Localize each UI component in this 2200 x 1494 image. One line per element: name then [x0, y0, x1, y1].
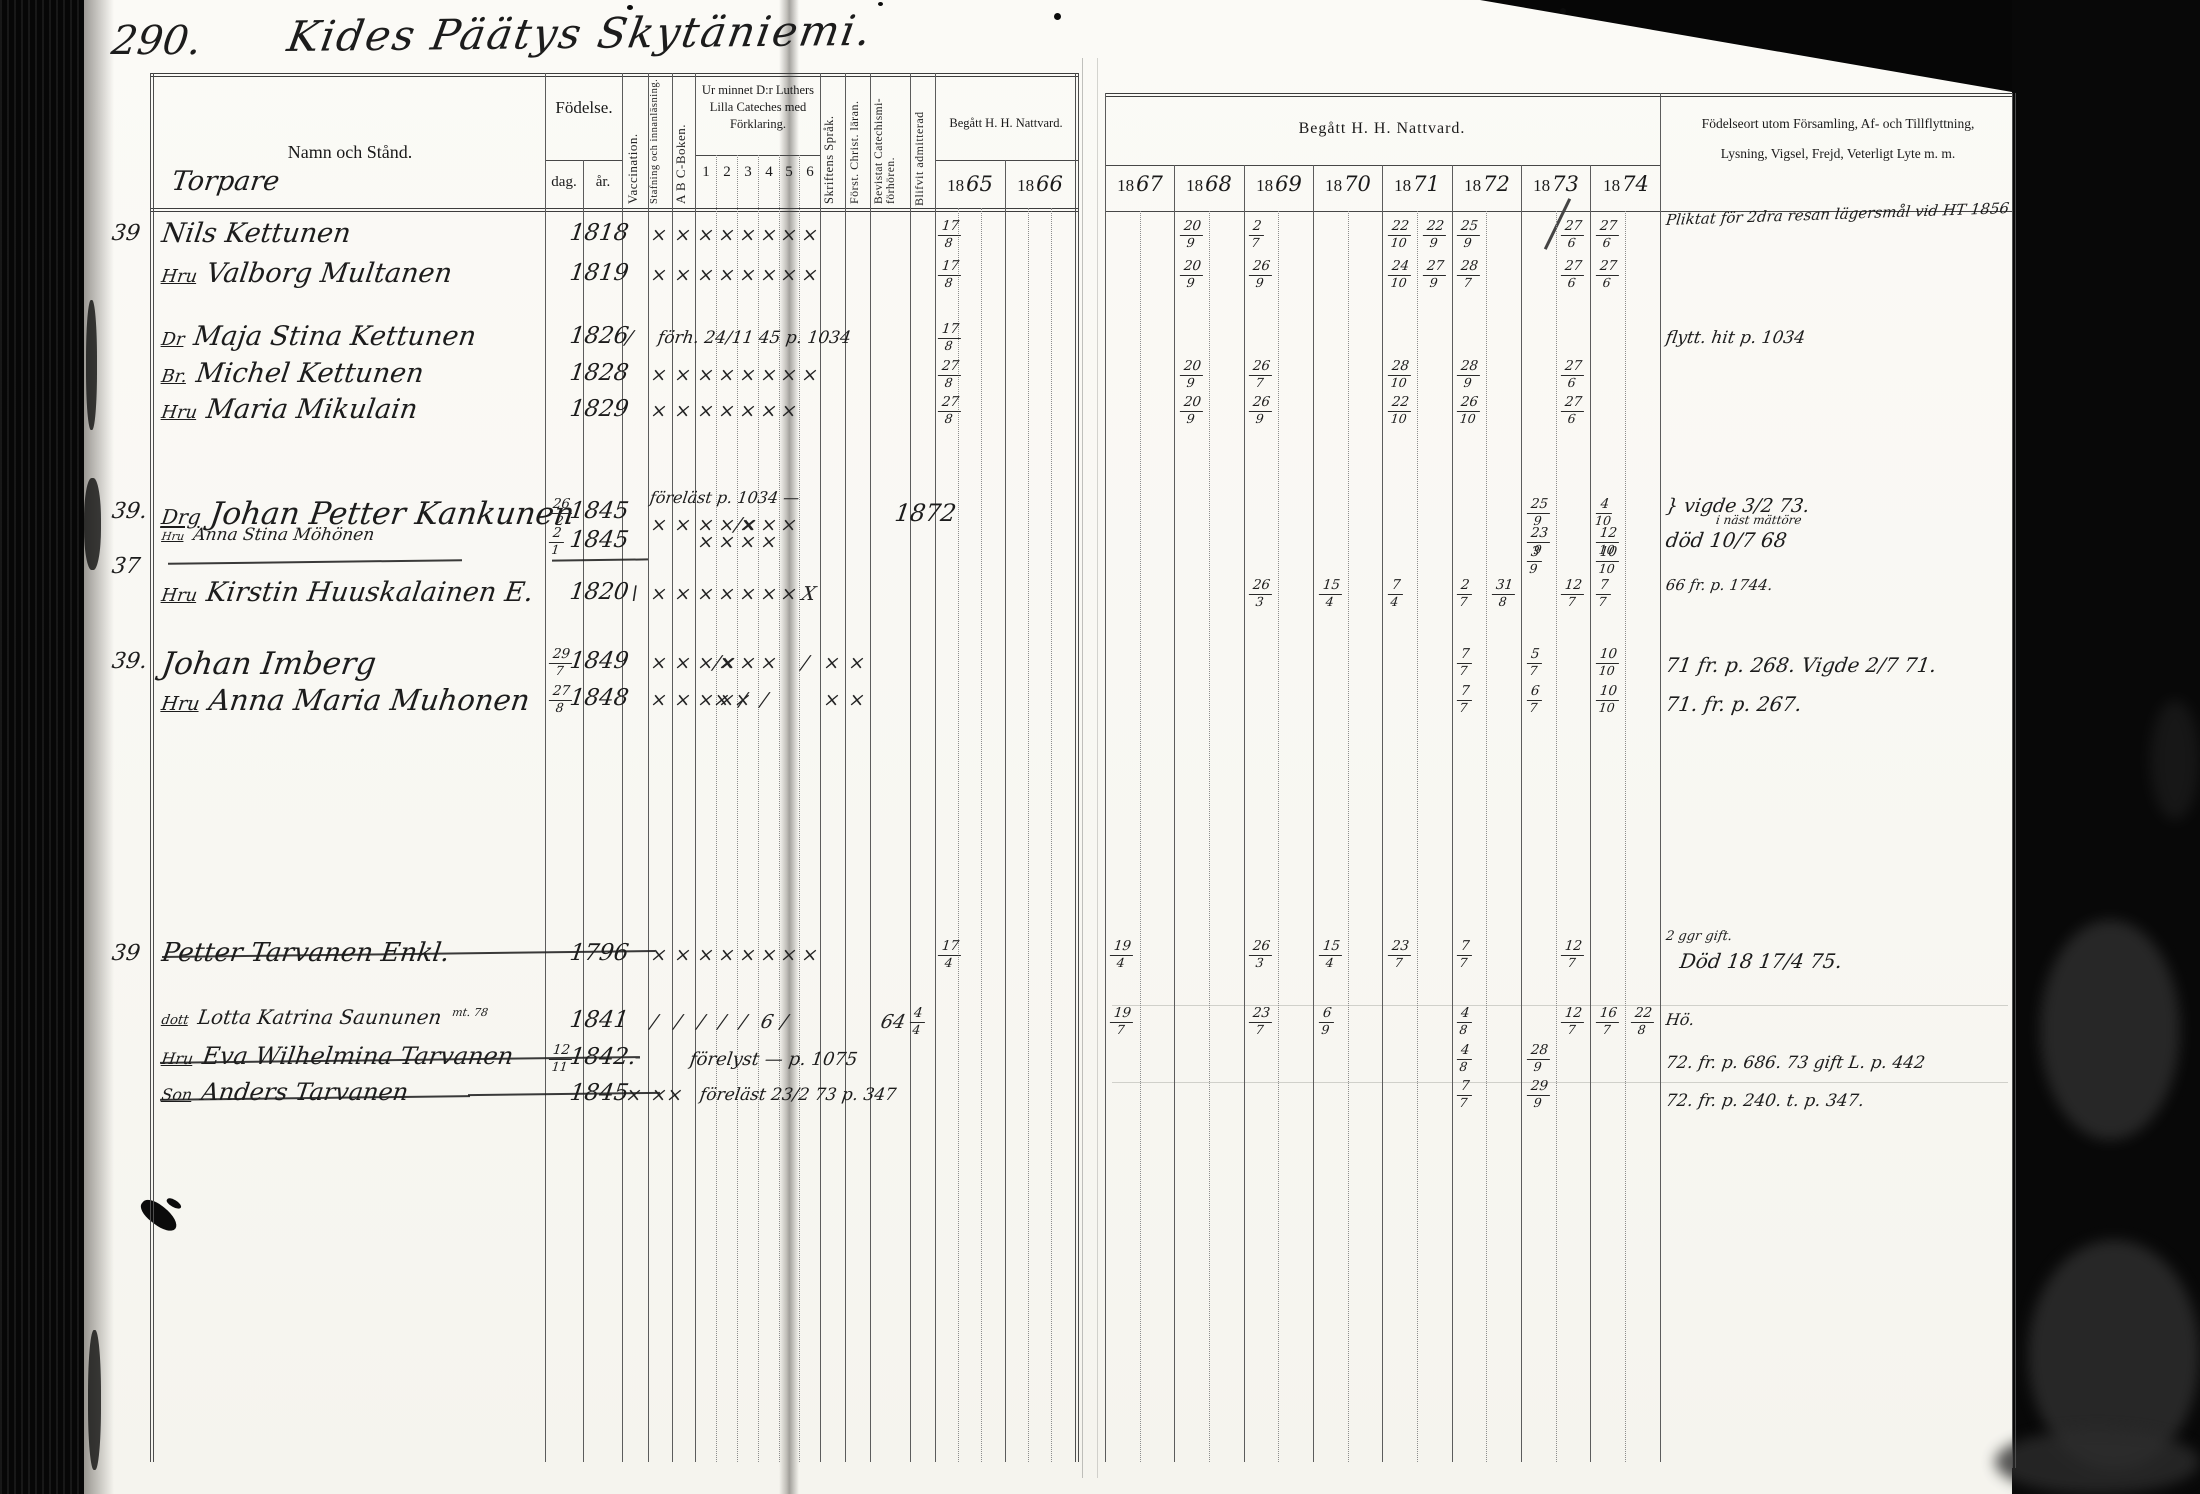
communion-date: 77 [1455, 940, 1473, 969]
communion-date: 77 [1455, 648, 1473, 677]
communion-date: 269 [1247, 260, 1273, 289]
communion-date: 276 [1559, 396, 1585, 425]
admitted-header: Blifvit admitterad [913, 78, 926, 206]
birth-year: 1829 [568, 396, 630, 422]
communion-date: 197 [1108, 1007, 1134, 1036]
margin-note: Död 18 17/4 75. [1678, 949, 1843, 973]
birth-year: 1848 [568, 685, 630, 711]
communion-date: 287 [1455, 260, 1481, 289]
entry-name: Nils Kettunen [160, 218, 353, 249]
entry-name: Johan Imberg [159, 646, 378, 682]
margin-note: 71 fr. p. 268. Vigde 2/7 71. [1664, 653, 1938, 677]
year-label: 1872 [1464, 172, 1510, 196]
communion-date: 237 [1247, 1007, 1273, 1036]
catechism-header: Ur minnet D:r Luthers Lilla Cateches med… [697, 82, 819, 133]
table-rule [1112, 1005, 2008, 1006]
communion-date: 77 [1594, 579, 1612, 608]
entry-name: Br.Michel Kettunen [160, 358, 426, 389]
book-fold-line [1082, 58, 1083, 1478]
year-label: 1869 [1256, 172, 1302, 196]
entry-row-number: 39. [110, 649, 149, 674]
table-rule [1417, 211, 1418, 1462]
communion-date: 178 [936, 323, 962, 352]
vaccination-header: Vaccination. [626, 78, 640, 204]
communion-date: 127 [1559, 1007, 1585, 1036]
scan-noise [1995, 1430, 2200, 1494]
communion-date: 127 [1559, 579, 1585, 608]
communion-date: 194 [1108, 940, 1134, 969]
communion-date: 289 [1525, 1044, 1551, 1073]
catechism-grade-header: 2 [723, 164, 731, 181]
table-rule [779, 155, 780, 1462]
birth-year: 1826 [568, 323, 630, 349]
communion-date: 77 [1455, 685, 1473, 714]
communion-date: 279 [1421, 260, 1447, 289]
birth-year: 1845 [568, 498, 630, 524]
table-rule [1625, 211, 1626, 1462]
communion-date: 178 [936, 260, 962, 289]
table-rule [1105, 93, 1106, 1462]
entry-name: SonAnders Tarvanen [160, 1078, 410, 1106]
table-rule [799, 155, 800, 1462]
ink-speck [1560, 8, 1566, 14]
table-rule [1140, 211, 1141, 1462]
communion-date: 209 [1178, 396, 1204, 425]
margin-note: Hö. [1665, 1010, 1696, 1029]
entry-name: HruAnna Maria Muhonen [160, 683, 532, 717]
year-label: 1873 [1533, 172, 1579, 196]
communion-date: 259 [1455, 220, 1481, 249]
communion-date: 39 [1525, 546, 1543, 575]
catechism-grade-header: 5 [785, 164, 793, 181]
church-record-scan: 290. Kides Päätys Skytäniemi. Namn och S… [0, 0, 2200, 1494]
scan-noise [2040, 920, 2180, 1140]
communion-date: 2210 [1386, 220, 1412, 249]
communion-date: 1010 [1594, 648, 1620, 677]
entry-row-number: 37 [110, 554, 142, 579]
communion-date: 289 [1455, 360, 1481, 389]
communion-date: 209 [1178, 260, 1204, 289]
attendance-mark: ×× [649, 1084, 686, 1106]
margin-note: i näst mättöre [1715, 513, 1803, 527]
table-rule [1278, 211, 1279, 1462]
communion-date: 263 [1247, 940, 1273, 969]
catechism-grade-header: 1 [702, 164, 710, 181]
communion-date: 27 [1455, 579, 1473, 608]
year-label: 1874 [1603, 172, 1649, 196]
reading-note: förelyst — p. 1075 [689, 1049, 859, 1070]
table-rule [737, 155, 738, 1462]
year-label: 1870 [1325, 172, 1371, 196]
birth-day-header: dag. [551, 174, 576, 191]
communion-date: 299 [1525, 1080, 1551, 1109]
communion-date: 27 [1247, 220, 1265, 249]
communion-date: 154 [1317, 940, 1343, 969]
communion-date: 48 [1455, 1044, 1473, 1073]
table-rule [1005, 160, 1006, 1462]
margin-note: 72. fr. p. 686. 73 gift L. p. 442 [1665, 1053, 1927, 1073]
table-rule [935, 73, 936, 1462]
birth-year: 1849 [568, 648, 630, 674]
communion-date: 410 [1594, 498, 1613, 527]
communion-date: 178 [936, 220, 962, 249]
communion-date: 48 [1455, 1007, 1473, 1036]
table-rule [1590, 165, 1591, 1462]
christian-doctrine-header: Först. Christ. läran. [848, 78, 861, 204]
scan-edge-left [0, 0, 84, 1494]
table-rule [1452, 165, 1453, 1462]
notes-header-line1: Födelseort utom Församling, Af- och Till… [1702, 116, 1975, 132]
birth-year-header: år. [596, 174, 611, 191]
table-rule [150, 73, 154, 1462]
table-rule [545, 73, 546, 1462]
table-rule [1209, 211, 1210, 1462]
birth-year: 1819 [568, 260, 630, 286]
admitted-year: 1872 [893, 499, 958, 527]
table-rule [1556, 211, 1557, 1462]
year-label: 1865 [947, 172, 993, 196]
communion-date: 2410 [1386, 260, 1412, 289]
group-label: Torpare [170, 166, 282, 197]
margin-note: 71. fr. p. 267. [1664, 692, 1803, 716]
table-rule [820, 73, 821, 1462]
margin-note: död 10/7 68 [1664, 528, 1788, 552]
communion-date: 174 [936, 940, 962, 969]
birth-year: 1845 [568, 527, 630, 553]
birth-header: Födelse. [555, 98, 612, 118]
margin-note: 2 ggr gift. [1665, 929, 1733, 944]
communion-date: 209 [1178, 360, 1204, 389]
communion-date: 318 [1490, 579, 1516, 608]
table-rule [1382, 165, 1383, 1462]
table-rule [2012, 93, 2016, 1468]
communion-date: 69 [1317, 1007, 1335, 1036]
reading-note: föreläst p. 1034 — [649, 488, 801, 507]
communion-date: 228 [1629, 1007, 1655, 1036]
name-column-header: Namn och Stånd. [288, 142, 412, 163]
birth-year: 1841 [568, 1007, 630, 1033]
year-label: 1868 [1186, 172, 1232, 196]
communion-date: 237 [1386, 940, 1412, 969]
reading-note: föreläst 23/2 73 p. 347 [699, 1085, 898, 1105]
table-rule [981, 208, 982, 1462]
margin-note: flytt. hit p. 1034 [1665, 328, 1807, 348]
catechism-grade-header: 3 [744, 164, 752, 181]
communion-date: 209 [1178, 220, 1204, 249]
ink-speck [1054, 13, 1061, 20]
catechism-meetings-header: Bevistat Catechismi-förhören. [873, 78, 907, 204]
entry-name: HruAnna Stina Möhönen [161, 525, 376, 545]
table-rule [583, 160, 584, 1462]
entry-name: HruEva Wilhelmina Tarvanen [160, 1042, 515, 1070]
communion-date: 276 [1594, 220, 1620, 249]
communion-date: 21 [547, 527, 565, 556]
table-rule [1521, 165, 1522, 1462]
table-rule [935, 160, 1078, 161]
communion-date: 154 [1317, 579, 1343, 608]
table-rule [1174, 165, 1175, 1462]
communion-date: 57 [1525, 648, 1543, 677]
table-rule [1313, 165, 1314, 1462]
communion-date: 269 [1247, 396, 1273, 425]
margin-note: 72. fr. p. 240. t. p. 347. [1665, 1091, 1866, 1111]
table-rule [1105, 93, 2012, 97]
communion-date: 276 [1594, 260, 1620, 289]
table-rule [845, 73, 846, 1462]
communion-header-right: Begått H. H. Nattvard. [1299, 120, 1466, 138]
table-rule [1348, 211, 1349, 1462]
table-rule [1660, 93, 1661, 1462]
communion-date: 276 [1559, 260, 1585, 289]
table-rule [716, 155, 717, 1462]
spelling-header: Stafning och innanläsning. [649, 78, 671, 204]
communion-date: 127 [1559, 940, 1585, 969]
entry-row-number: 39 [110, 941, 142, 966]
page-edge-smudge [86, 300, 97, 430]
notes-header-line2: Lysning, Vigsel, Frejd, Veterligt Lyte m… [1721, 146, 1956, 162]
entry-row-number: 39. [110, 499, 149, 524]
scan-noise [2150, 700, 2200, 820]
entry-name: HruMaria Mikulain [160, 394, 420, 425]
page-number: 290. [109, 18, 205, 64]
entry-row-number: 39 [110, 221, 142, 246]
scripture-header: Skriftens Språk. [823, 78, 836, 204]
catechism-grade-header: 6 [806, 164, 814, 181]
scan-edge-shadow [84, 0, 114, 1494]
communion-date: 74 [1386, 579, 1404, 608]
communion-date: 229 [1421, 220, 1447, 249]
entry-name: HruKirstin Huuskalainen E. [160, 577, 536, 608]
year-label: 1866 [1017, 172, 1063, 196]
abc-book-header: A B C-Boken. [674, 78, 688, 204]
birth-year: 1820 [568, 579, 630, 605]
entry-name: dottLotta Katrina Saununenmt. 78 [160, 1005, 489, 1029]
table-rule [1028, 208, 1029, 1462]
communion-date: 167 [1594, 1007, 1620, 1036]
entry-name: DrMaja Stina Kettunen [160, 321, 478, 352]
birth-year: 1818 [568, 220, 630, 246]
communion-date: 278 [936, 396, 962, 425]
ink-speck [878, 2, 883, 6]
communion-date: 259 [1525, 498, 1551, 527]
page-edge-smudge [88, 1330, 101, 1470]
communion-date: 263 [1247, 579, 1273, 608]
communion-date: 1010 [1594, 546, 1620, 575]
table-rule [870, 73, 871, 1462]
communion-date: 44 [908, 1007, 926, 1036]
table-rule [1112, 1082, 2008, 1083]
margin-note: 66 fr. p. 1744. [1665, 576, 1774, 594]
communion-date: 2210 [1386, 396, 1412, 425]
page-edge-smudge [84, 478, 101, 570]
table-rule [1244, 165, 1245, 1462]
communion-date: 267 [1247, 360, 1273, 389]
communion-date: 276 [1559, 360, 1585, 389]
table-rule [910, 73, 911, 1462]
communion-date: 77 [1455, 1080, 1473, 1109]
communion-date: 1010 [1594, 685, 1620, 714]
book-fold-line [1097, 58, 1098, 1478]
year-label: 1871 [1394, 172, 1440, 196]
table-rule [1486, 211, 1487, 1462]
table-rule [758, 155, 759, 1462]
entry-name: HruValborg Multanen [160, 258, 454, 289]
communion-date: 2810 [1386, 360, 1412, 389]
table-rule [1051, 208, 1052, 1462]
page-title: Kides Päätys Skytäniemi. [284, 6, 876, 61]
communion-date: 278 [936, 360, 962, 389]
communion-date: 2610 [1455, 396, 1481, 425]
reading-note: förh. 24/11 45 p. 1034 [657, 328, 853, 348]
table-rule [150, 73, 1078, 77]
communion-date: 276 [1559, 220, 1585, 249]
birth-year: 1828 [568, 360, 630, 386]
communion-date: 67 [1525, 685, 1543, 714]
table-rule [150, 208, 1078, 212]
year-label: 1867 [1117, 172, 1163, 196]
attendance-mark: 64 [879, 1011, 908, 1033]
communion-header-left: Begått H. H. Nattvard. [949, 116, 1062, 131]
table-rule [1075, 73, 1079, 1462]
catechism-grade-header: 4 [765, 164, 773, 181]
birth-year: 1796 [568, 940, 630, 966]
